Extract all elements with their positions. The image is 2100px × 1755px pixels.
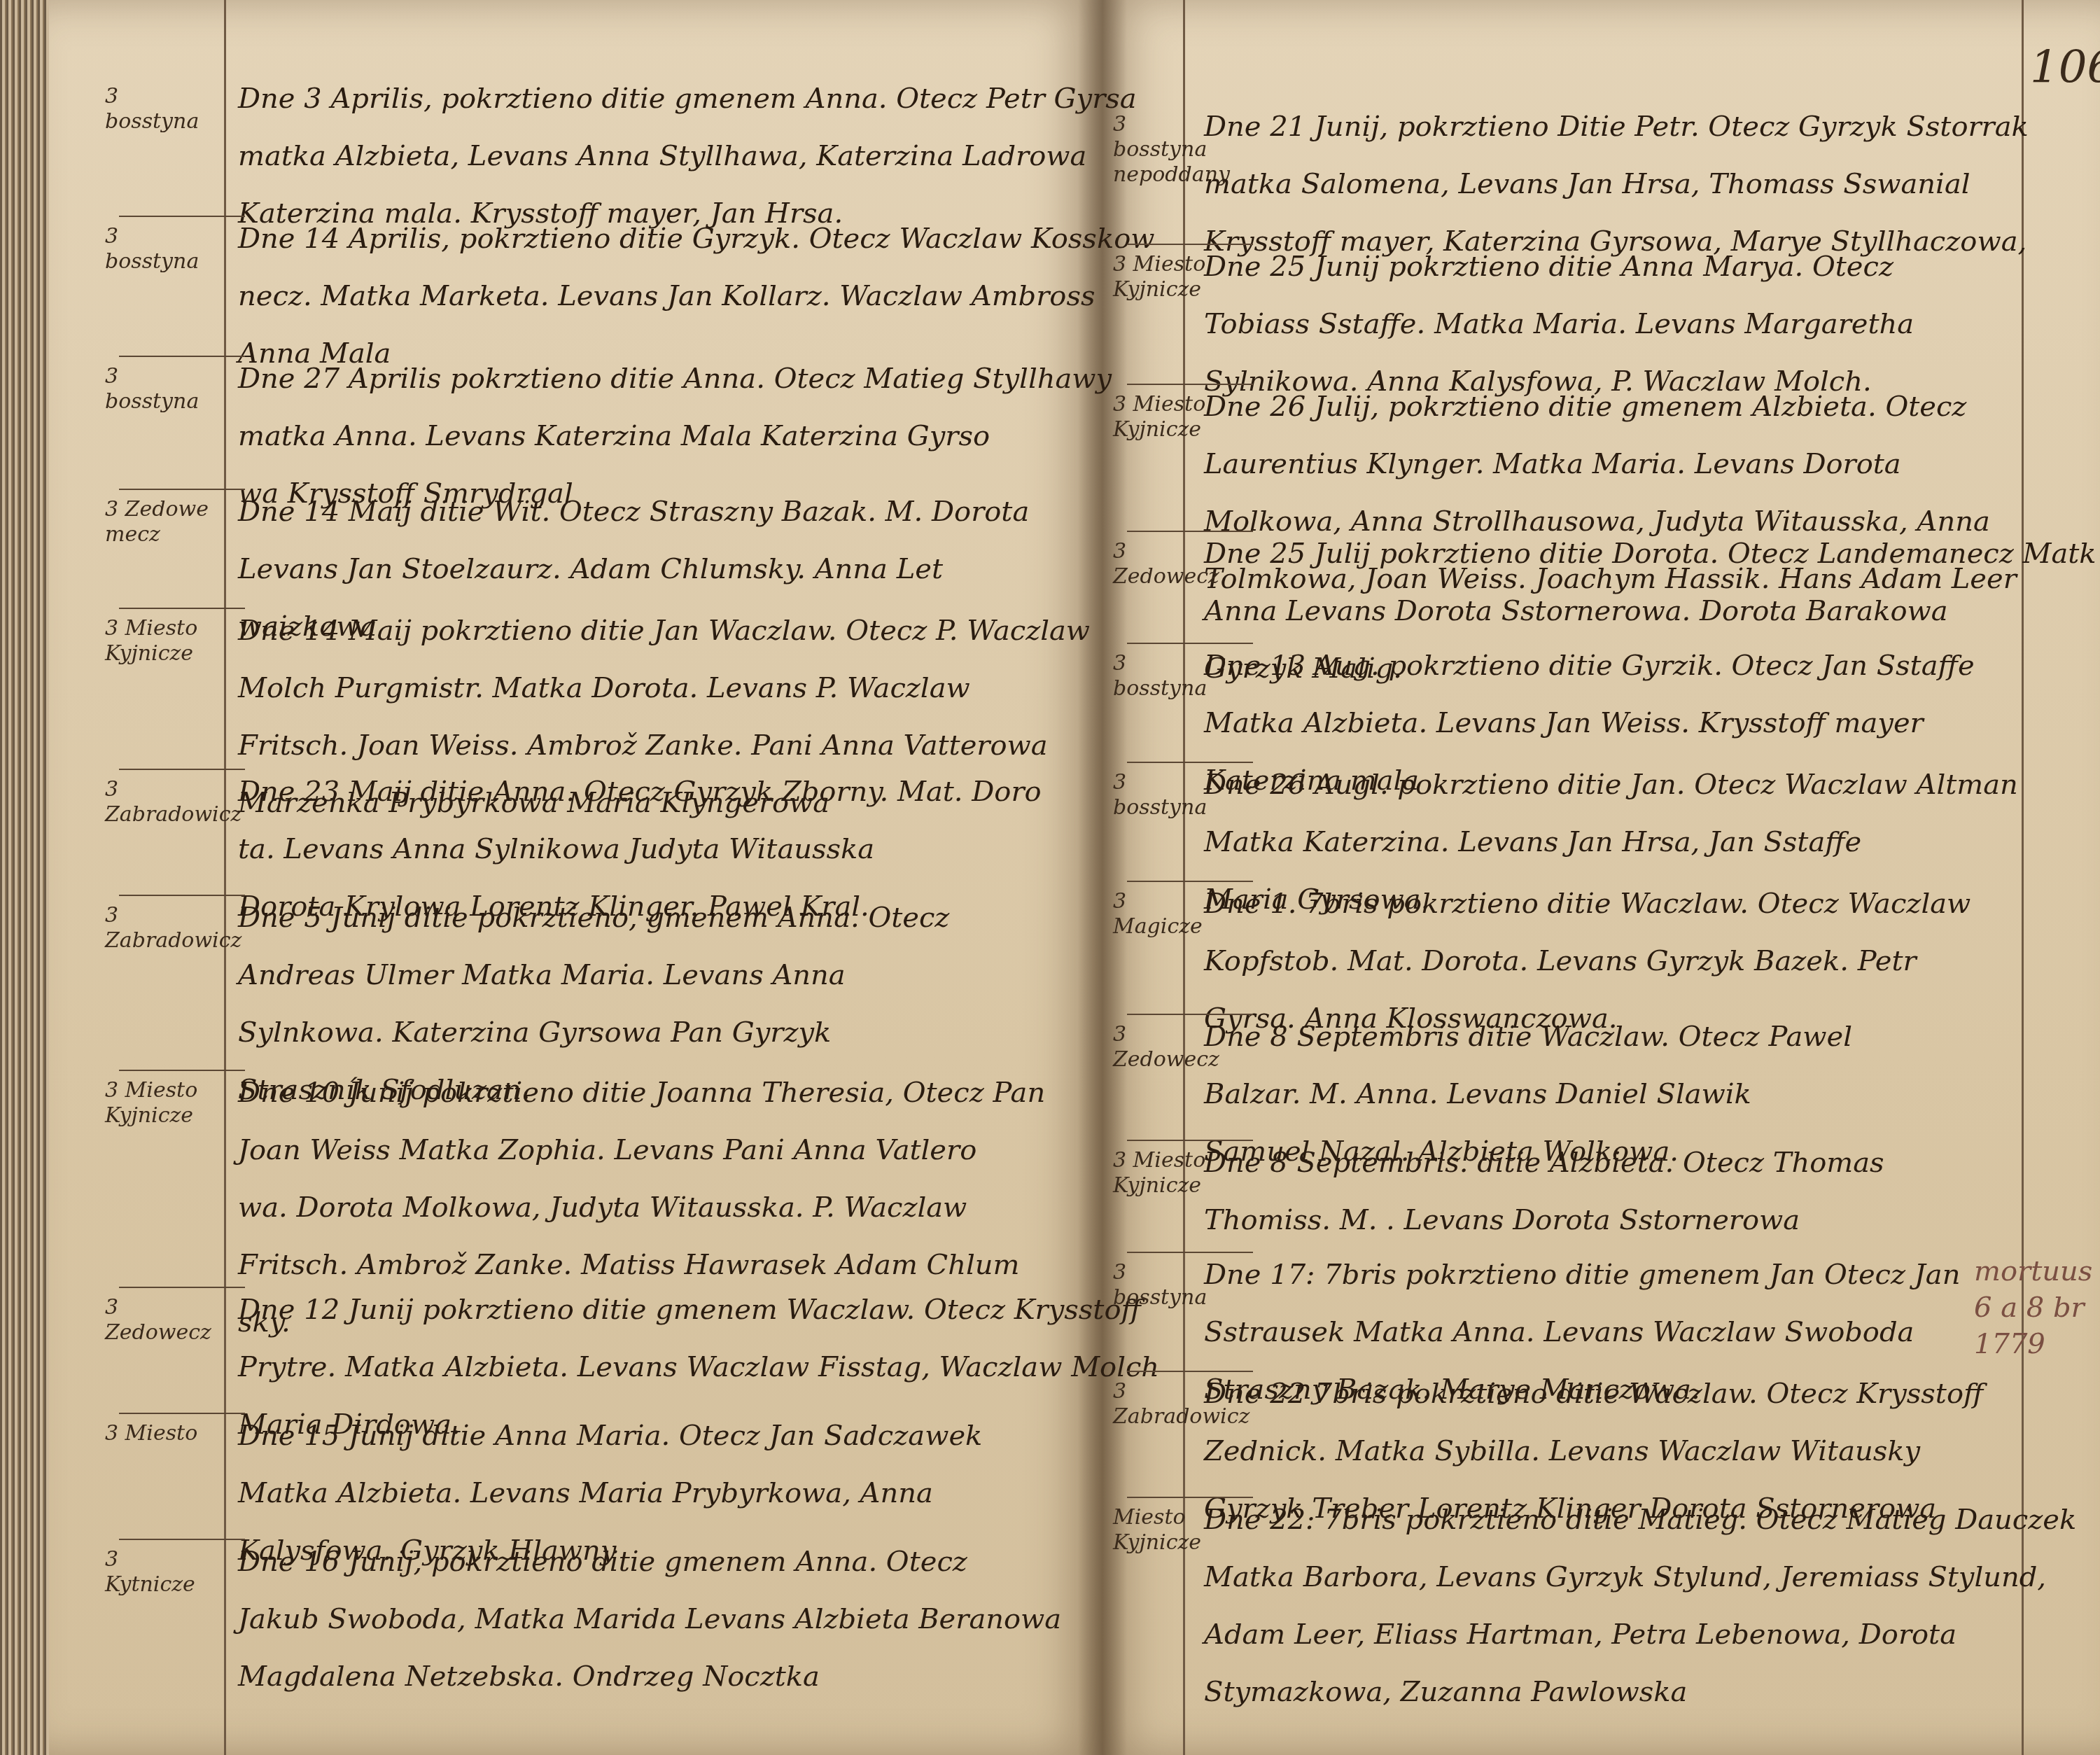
entry-line: Dne 26 Julij, pokrztieno ditie gmenem Al… [1204,378,2017,435]
entry-line: matka Anna. Levans Katerzina Mala Katerz… [238,407,1112,465]
entry-line: Anna Levans Dorota Sstornerowa. Dorota B… [1204,582,2096,640]
entry-margin-location: 3 bosstyna [1113,770,1218,820]
entry-line: Dne 14 Maij pokrztieno ditie Jan Waczlaw… [238,602,1090,659]
entry-line: Zednick. Matka Sybilla. Levans Waczlaw W… [1204,1422,1983,1480]
entry-line: Dne 25 Julij pokrztieno ditie Dorota. Ot… [1204,525,2096,582]
entry-line: Dne 26 Augl. pokrztieno ditie Jan. Otecz… [1204,756,2018,813]
entry-separator [119,769,245,770]
entry-line: Dne 21 Junij, pokrztieno Ditie Petr. Ote… [1204,98,2029,155]
baptism-entry: Dne 22: 7bris pokrztieno ditie Matieg. O… [1204,1491,2076,1721]
entry-line: Dne 23 Maij ditie Anna. Otecz Gyrzyk Zbo… [238,763,1042,820]
entry-separator [119,608,245,609]
entry-line: Adam Leer, Eliass Hartman, Petra Lebenow… [1204,1606,2076,1663]
entry-margin-location: Miesto Kyjnicze [1113,1505,1218,1555]
entry-line: Tobiass Sstaffe. Matka Maria. Levans Mar… [1204,295,1914,353]
entry-margin-location: 3 Zedowecz [105,1295,210,1345]
entry-line: Matka Barbora, Levans Gyrzyk Stylund, Je… [1204,1548,2076,1606]
entry-line: Balzar. M. Anna. Levans Daniel Slawik [1204,1065,1852,1123]
entry-line: ta. Levans Anna Sylnikowa Judyta Witauss… [238,820,1042,878]
entry-margin-location: 3 Miesto Kyjnicze [105,616,210,666]
entry-separator [119,895,245,896]
entry-margin-location: 3 Zedowe mecz [105,497,210,547]
entry-line: Kopfstob. Mat. Dorota. Levans Gyrzyk Baz… [1204,932,1970,990]
entry-line: Sylnkowa. Katerzina Gyrsowa Pan Gyrzyk [238,1004,949,1061]
entry-line: Dne 5 Junij ditie pokrztieno, gmenem Ann… [238,889,949,946]
entry-line: Levans Jan Stoelzaurz. Adam Chlumsky. An… [238,540,1029,598]
entry-line: Prytre. Matka Alzbieta. Levans Waczlaw F… [238,1338,1159,1396]
entry-line: Laurentius Klynger. Matka Maria. Levans … [1204,435,2017,493]
entry-margin-location: 3 Miesto Kyjnicze [1113,392,1218,442]
entry-margin-location: 3 Magicze [1113,889,1218,939]
entry-line: Dne 3 Aprilis, pokrztieno ditie gmenem A… [238,70,1137,127]
entry-line: Dne 17: 7bris pokrztieno ditie gmenem Ja… [1204,1246,1960,1303]
entry-separator [119,1070,245,1071]
entry-separator [119,1539,245,1540]
entry-line: Dne 16 Junij, pokrztieno ditie gmenem An… [238,1533,1061,1590]
left-margin-rule [224,0,226,1755]
red-margin-note: mortuus 6 a 8 br 1779 [1974,1253,2092,1362]
entry-margin-location: 3 bosstyna [105,84,210,134]
entry-line: Joan Weiss Matka Zophia. Levans Pani Ann… [238,1121,1045,1179]
entry-margin-location: 3 Zabradowicz [1113,1379,1218,1429]
entry-line: Matka Alzbieta. Levans Maria Prybyrkowa,… [238,1464,982,1522]
page-stack-edge [0,0,56,1755]
entry-line: Andreas Ulmer Matka Maria. Levans Anna [238,946,949,1004]
entry-line: Stymazkowa, Zuzanna Pawlowska [1204,1663,2076,1721]
baptism-entry: Dne 8 Septembris. ditie Alzbieta. Otecz … [1204,1134,1884,1249]
entry-line: matka Salomena, Levans Jan Hrsa, Thomass… [1204,155,2029,213]
red-note-line: 1779 [1974,1326,2092,1362]
entry-line: Molch Purgmistr. Matka Dorota. Levans P.… [238,659,1090,717]
entry-separator [119,356,245,357]
entry-margin-location: 3 Kytnicze [105,1547,210,1597]
entry-line: Dne 13 Aug. pokrztieno ditie Gyrzik. Ote… [1204,637,1975,694]
entry-margin-location: 3 bosstyna nepoddany [1113,112,1218,188]
entry-line: Sstrausek Matka Anna. Levans Waczlaw Swo… [1204,1303,1960,1361]
entry-line: Dne 1. 7bris pokrztieno ditie Waczlaw. O… [1204,875,1970,932]
entry-line: Dne 22: 7bris pokrztieno ditie Matieg. O… [1204,1491,2076,1548]
entry-line: Matka Katerzina. Levans Jan Hrsa, Jan Ss… [1204,813,2018,871]
entry-margin-location: 3 bosstyna [105,224,210,274]
entry-line: Jakub Swoboda, Matka Marida Levans Alzbi… [238,1590,1061,1648]
entry-margin-location: 3 Miesto Kyjnicze [1113,252,1218,302]
entry-margin-location: 3 bosstyna [1113,651,1218,701]
entry-margin-location: 3 Zedowecz [1113,539,1218,589]
entry-separator [119,1413,245,1414]
entry-margin-location: 3 Miesto [105,1421,210,1446]
entry-margin-location: 3 Zabradowicz [105,777,210,827]
entry-margin-location: 3 Miesto Kyjnicze [1113,1148,1218,1198]
entry-line: Matka Alzbieta. Levans Jan Weiss. Krysst… [1204,694,1975,752]
entry-line: Dne 14 Maij ditie Wit. Otecz Straszny Ba… [238,483,1029,540]
entry-margin-location: 3 Zabradowicz [105,903,210,953]
entry-line: matka Alzbieta, Levans Anna Styllhawa, K… [238,127,1137,185]
entry-separator [119,216,245,217]
entry-margin-location: 3 bosstyna [105,364,210,414]
entry-line: Dne 12 Junij pokrztieno ditie gmenem Wac… [238,1281,1159,1338]
entry-line: Dne 8 Septembris. ditie Alzbieta. Otecz … [1204,1134,1884,1191]
entry-separator [119,489,245,490]
open-register-book: 106 3 bosstynaDne 3 Aprilis, pokrztieno … [0,0,2100,1755]
entry-margin-location: 3 Zedowecz [1113,1022,1218,1072]
entry-line: Thomiss. M. . Levans Dorota Sstornerowa [1204,1191,1884,1249]
baptism-entry: Dne 16 Junij, pokrztieno ditie gmenem An… [238,1533,1061,1705]
entry-line: Dne 14 Aprilis, pokrztieno ditie Gyrzyk.… [238,210,1154,267]
entry-line: Dne 25 Junij pokrztieno ditie Anna Marya… [1204,238,1914,295]
entry-line: necz. Matka Marketa. Levans Jan Kollarz.… [238,267,1154,325]
entry-line: Magdalena Netzebska. Ondrzeg Nocztka [238,1648,1061,1705]
entry-line: Dne 22 7bris pokrztieno ditie Waczlaw. O… [1204,1365,1983,1422]
entry-line: Dne 10 Junij pokrztieno ditie Joanna The… [238,1064,1045,1121]
entry-margin-location: 3 bosstyna [1113,1260,1218,1310]
page-number: 106 [2030,42,2100,94]
entry-margin-location: 3 Miesto Kyjnicze [105,1078,210,1128]
entry-line: wa. Dorota Molkowa, Judyta Witausska. P.… [238,1179,1045,1236]
red-note-line: 6 a 8 br [1974,1289,2092,1326]
entry-line: Dne 15 Junij ditie Anna Maria. Otecz Jan… [238,1407,982,1464]
entry-line: Dne 27 Aprilis pokrztieno ditie Anna. Ot… [238,350,1112,407]
entry-line: Dne 8 Septembris ditie Waczlaw. Otecz Pa… [1204,1008,1852,1065]
red-note-line: mortuus [1974,1253,2092,1289]
entry-separator [119,1287,245,1288]
